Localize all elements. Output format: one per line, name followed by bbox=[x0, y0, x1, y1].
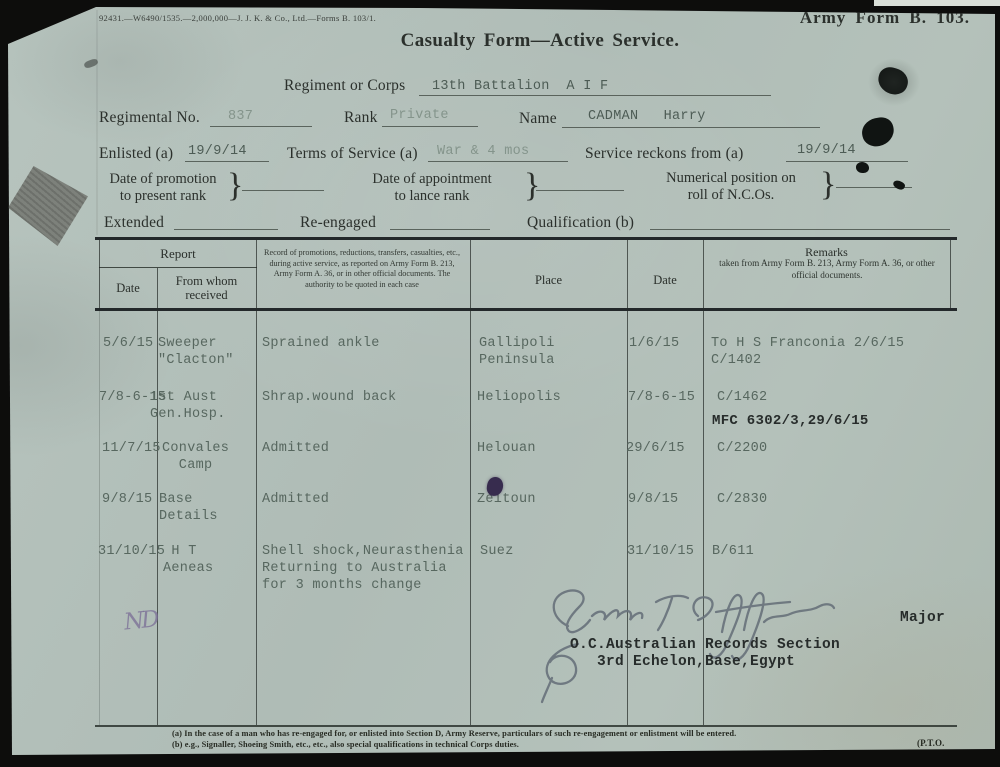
row5-report-date: 31/10/15 bbox=[98, 543, 165, 560]
row4-record: Admitted bbox=[262, 491, 329, 508]
row1-record: Sprained ankle bbox=[262, 335, 380, 352]
regiment-label: Regiment or Corps bbox=[284, 77, 405, 95]
row1-report-date: 5/6/15 bbox=[103, 335, 153, 352]
terms-label: Terms of Service (a) bbox=[287, 145, 418, 163]
row5-record: Shell shock,Neurasthenia Returning to Au… bbox=[262, 543, 464, 594]
row1-date: 1/6/15 bbox=[629, 335, 679, 352]
row3-record: Admitted bbox=[262, 440, 329, 457]
row4-place: Zeitoun bbox=[477, 491, 536, 508]
reckons-underline bbox=[786, 161, 908, 162]
signature-location: 3rd Echelon,Base,Egypt bbox=[597, 654, 795, 671]
row1-from: Sweeper "Clacton" bbox=[158, 335, 234, 369]
promotion-label: Date of promotion to present rank bbox=[99, 171, 227, 205]
tape-fragment bbox=[8, 166, 88, 246]
promotion-underline bbox=[242, 190, 324, 191]
table-header-rule bbox=[95, 308, 957, 311]
header-date: Date bbox=[99, 281, 157, 295]
report-divider bbox=[99, 267, 257, 268]
regimental-no-underline bbox=[210, 126, 312, 127]
row2-date: 7/8-6-15 bbox=[628, 389, 695, 406]
row3-date: 29/6/15 bbox=[626, 440, 685, 457]
scanned-document: 92431.—W6490/1535.—2,000,000—J. J. K. & … bbox=[0, 0, 1000, 767]
reengaged-underline bbox=[390, 229, 490, 230]
row2-remarks: C/1462 bbox=[717, 389, 767, 406]
regimental-no-value: 837 bbox=[228, 108, 253, 125]
ink-blot bbox=[859, 115, 896, 149]
footnote-b: (b) e.g., Signaller, Shoeing Smith, etc.… bbox=[172, 740, 519, 749]
header-report: Report bbox=[99, 246, 257, 262]
numerical-label: Numerical position on roll of N.C.Os. bbox=[642, 170, 820, 204]
scan-edge-sliver bbox=[874, 0, 1000, 6]
rank-underline bbox=[382, 126, 478, 127]
ink-blot bbox=[856, 162, 869, 173]
row3-report-date: 11/7/15 bbox=[102, 440, 161, 457]
footnote-a: (a) In the case of a man who has re-enga… bbox=[172, 729, 736, 738]
row3-from: Convales Camp bbox=[162, 440, 229, 474]
row2-place: Heliopolis bbox=[477, 389, 561, 406]
table-vline bbox=[470, 240, 471, 725]
row4-date: 9/8/15 bbox=[628, 491, 678, 508]
brace-3: } bbox=[820, 168, 836, 202]
paper: 92431.—W6490/1535.—2,000,000—J. J. K. & … bbox=[0, 0, 1000, 767]
extended-label: Extended bbox=[104, 214, 164, 232]
extended-underline bbox=[174, 229, 278, 230]
row2-record: Shrap.wound back bbox=[262, 389, 396, 406]
rank-label: Rank bbox=[344, 109, 378, 127]
table-top-rule bbox=[95, 237, 957, 240]
row3-remarks: C/2200 bbox=[717, 440, 767, 457]
row1-place: Gallipoli Peninsula bbox=[479, 335, 555, 369]
row5-from: H T Aeneas bbox=[163, 543, 213, 577]
enlisted-value: 19/9/14 bbox=[188, 143, 247, 160]
ink-blot bbox=[892, 179, 906, 192]
ink-smudge bbox=[868, 58, 920, 106]
row1-remarks: To H S Franconia 2/6/15 C/1402 bbox=[711, 335, 904, 369]
rank-value: Private bbox=[390, 107, 449, 124]
row4-remarks: C/2830 bbox=[717, 491, 767, 508]
row5-place: Suez bbox=[480, 543, 514, 560]
row2-remarks-added: MFC 6302/3,29/6/15 bbox=[712, 413, 869, 430]
printer-code: 92431.—W6490/1535.—2,000,000—J. J. K. & … bbox=[99, 13, 376, 23]
terms-value: War & 4 mos bbox=[437, 143, 529, 160]
table-vline bbox=[256, 240, 257, 725]
row4-report-date: 9/8/15 bbox=[102, 491, 152, 508]
reengaged-label: Re-engaged bbox=[300, 214, 376, 232]
enlisted-underline bbox=[185, 161, 269, 162]
header-place: Place bbox=[470, 273, 627, 287]
regiment-underline bbox=[419, 95, 771, 96]
pencil-monogram: ND bbox=[123, 606, 158, 635]
appointment-label: Date of appointment to lance rank bbox=[338, 171, 526, 205]
pto-note: (P.T.O. bbox=[917, 738, 944, 748]
row4-from: Base Details bbox=[159, 491, 218, 525]
signature-rank: Major bbox=[900, 610, 945, 627]
brace-1: } bbox=[227, 169, 243, 203]
paper-crease bbox=[96, 10, 98, 235]
reckons-label: Service reckons from (a) bbox=[585, 145, 743, 163]
header-remarks-sub: taken from Army Form B. 213, Army Form A… bbox=[712, 258, 942, 281]
regimental-no-label: Regimental No. bbox=[99, 109, 200, 127]
table-bottom-rule bbox=[95, 725, 957, 727]
name-label: Name bbox=[519, 110, 557, 128]
enlisted-label: Enlisted (a) bbox=[99, 145, 173, 163]
appointment-underline bbox=[536, 190, 624, 191]
table-vline bbox=[950, 240, 951, 308]
form-number: Army Form B. 103. bbox=[770, 8, 970, 28]
reckons-value: 19/9/14 bbox=[797, 142, 856, 159]
regiment-value: 13th Battalion A I F bbox=[432, 78, 608, 95]
header-from-whom: From whom received bbox=[157, 274, 256, 302]
row2-from: 1st Aust Gen.Hosp. bbox=[150, 389, 226, 423]
name-value: CADMAN Harry bbox=[588, 108, 706, 125]
table-vline bbox=[99, 308, 100, 725]
header-record: Record of promotions, reductions, transf… bbox=[262, 248, 462, 290]
row5-date: 31/10/15 bbox=[627, 543, 694, 560]
qualification-label: Qualification (b) bbox=[527, 214, 634, 232]
brace-2: } bbox=[524, 169, 540, 203]
signature-unit: O.C.Australian Records Section bbox=[570, 637, 840, 654]
terms-underline bbox=[428, 161, 568, 162]
page-title: Casualty Form—Active Service. bbox=[90, 30, 990, 52]
row5-remarks: B/611 bbox=[712, 543, 754, 560]
header-date2: Date bbox=[627, 273, 703, 287]
name-underline bbox=[562, 127, 820, 128]
qualification-underline bbox=[650, 229, 950, 230]
row3-place: Helouan bbox=[477, 440, 536, 457]
